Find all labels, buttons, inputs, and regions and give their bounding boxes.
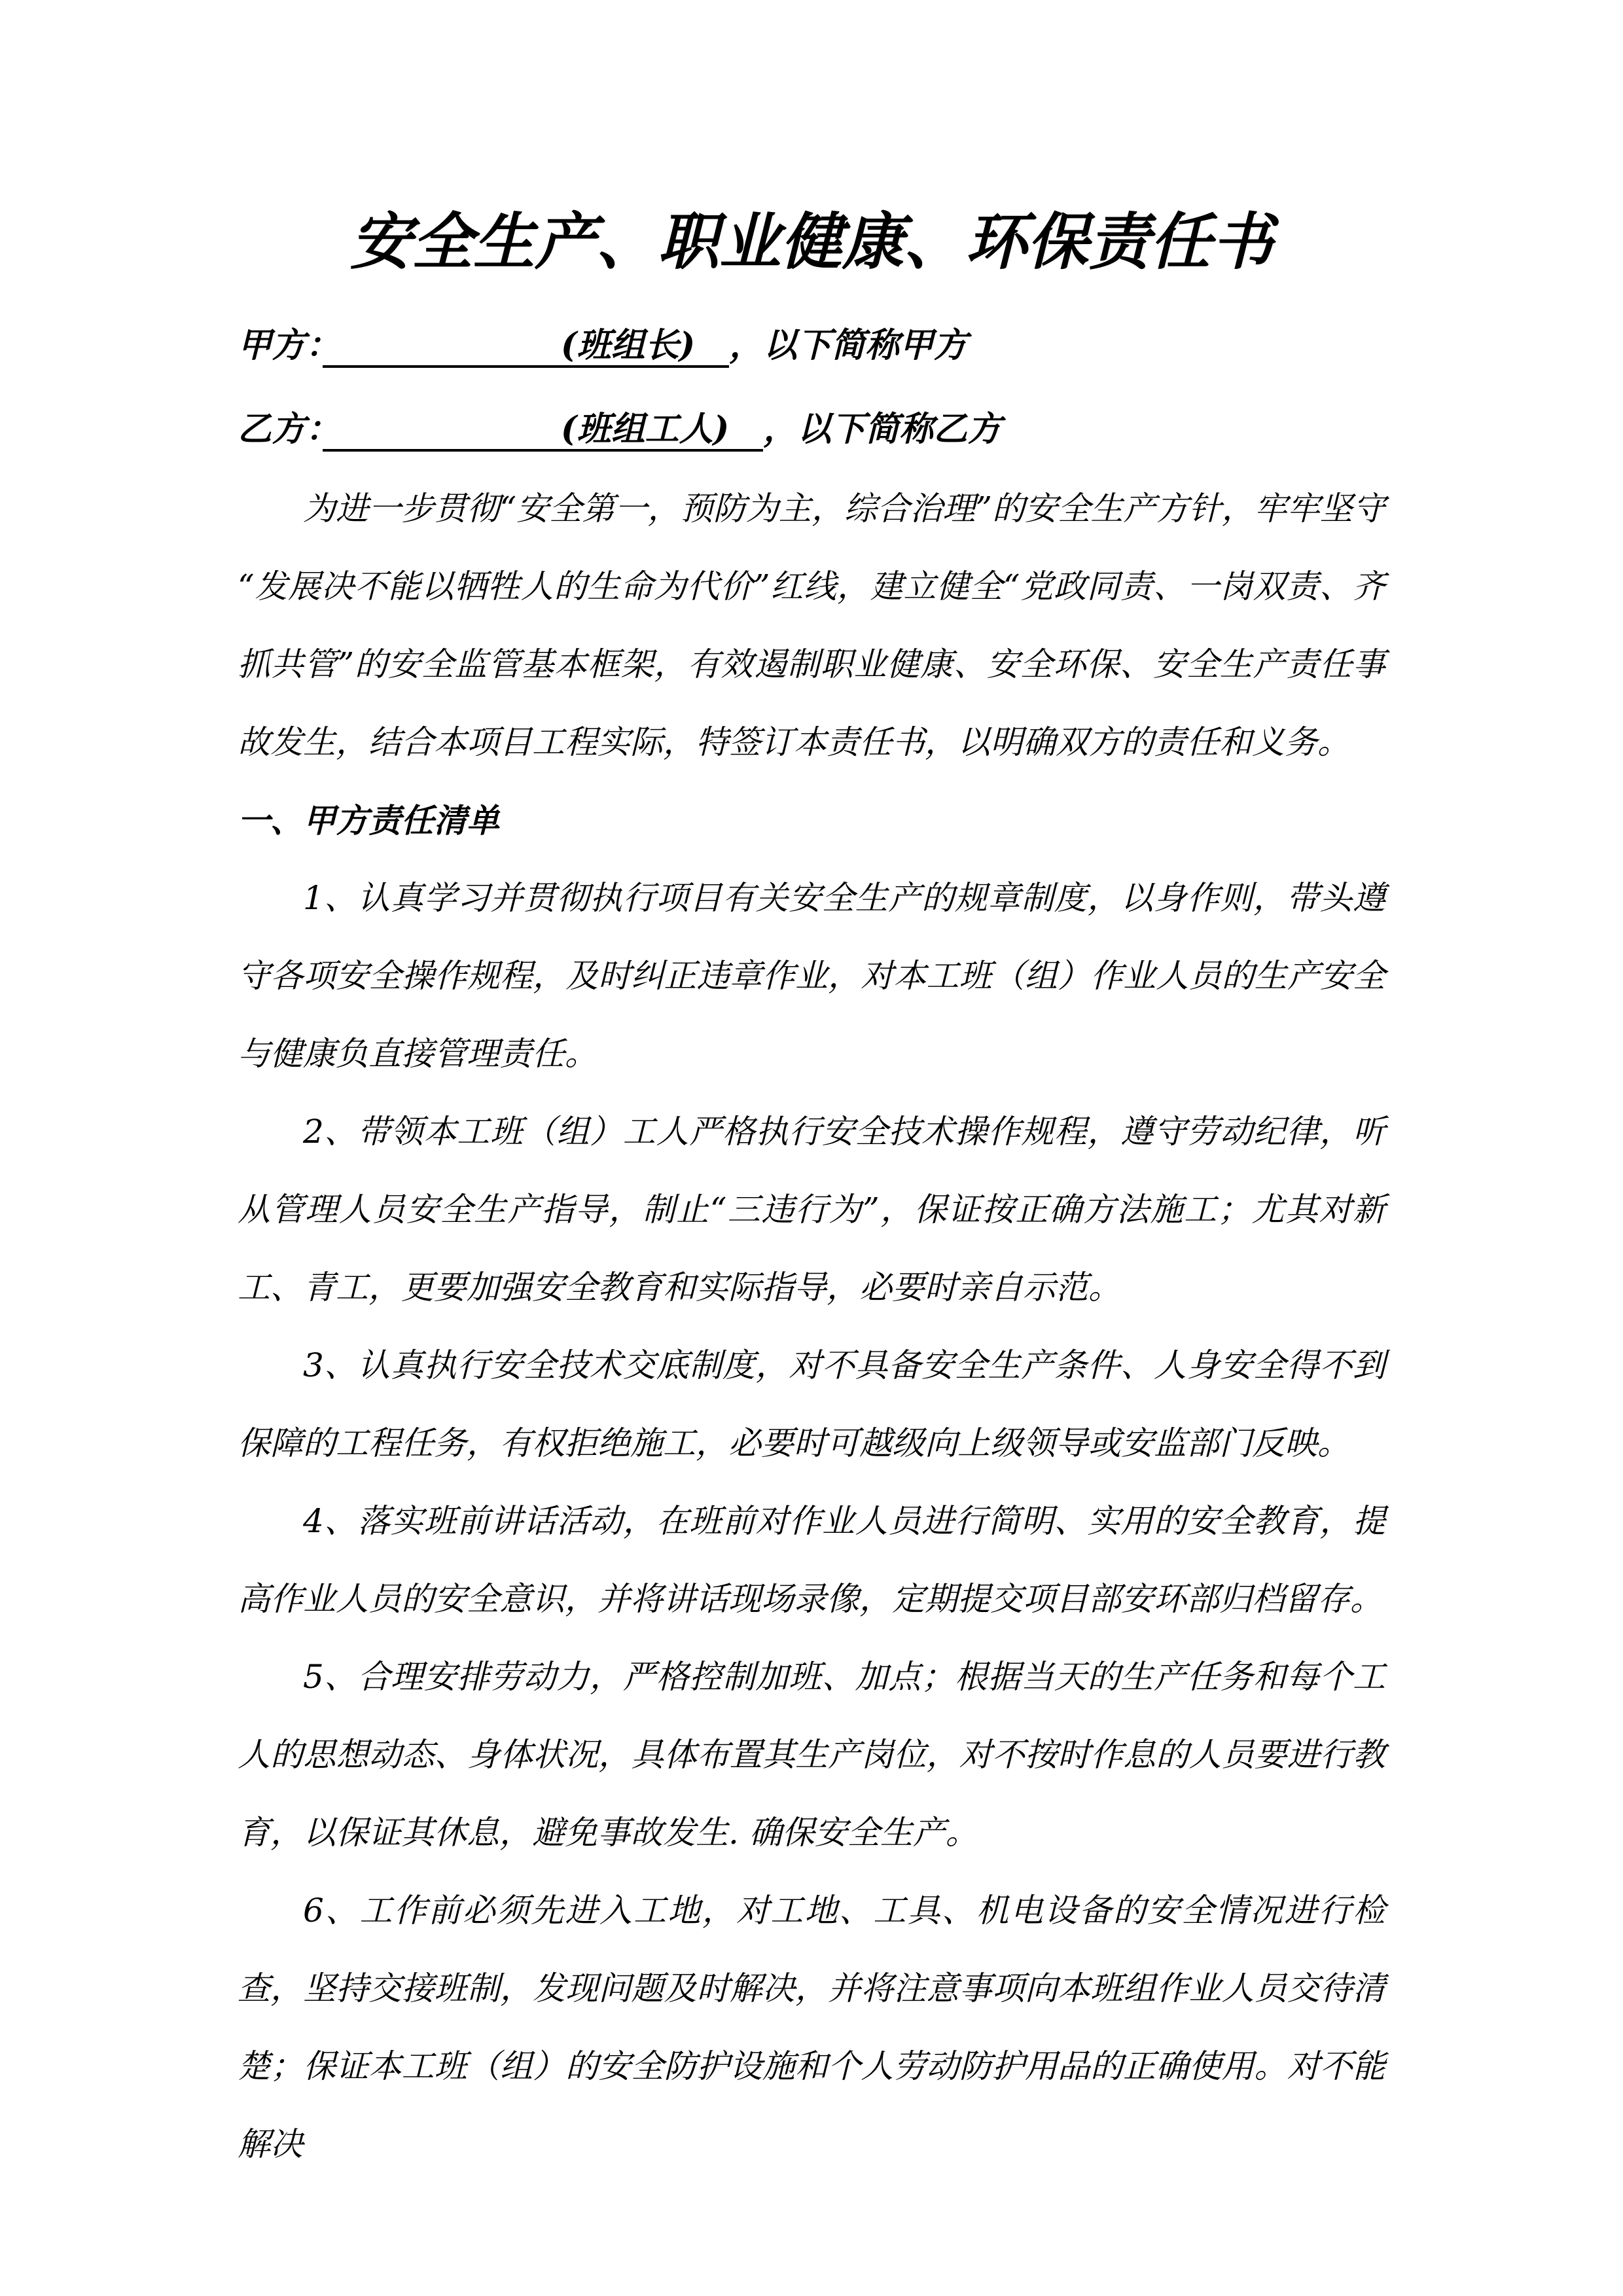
party-b-blank-field: (班组工人) [323,409,763,452]
responsibility-item-1: 1、认真学习并贯彻执行项目有关安全生产的规章制度，以身作则，带头遵守各项安全操作… [238,859,1385,1093]
party-b-suffix: ，以下简称乙方 [763,409,1001,449]
document-title: 安全生产、职业健康、环保责任书 [238,196,1385,288]
party-a-blank-space-right [695,325,729,365]
party-a-role-hint: (班组长) [561,325,695,365]
party-b-blank-space-left [323,409,561,449]
party-b-line: 乙方： (班组工人) ，以下简称乙方 [238,403,1385,456]
responsibility-item-6: 6、工作前必须先进入工地，对工地、工具、机电设备的安全情况进行检查，坚持交接班制… [238,1872,1385,2183]
document-body: 为进一步贯彻“安全第一，预防为主，综合治理”的安全生产方针，牢牢坚守“发展决不能… [238,470,1385,2183]
responsibility-item-4: 4、落实班前讲话活动，在班前对作业人员进行简明、实用的安全教育，提高作业人员的安… [238,1482,1385,1638]
responsibility-item-3: 3、认真执行安全技术交底制度，对不具备安全生产条件、人身安全得不到保障的工程任务… [238,1327,1385,1482]
party-a-blank-space-left [323,325,561,365]
document-page: 安全生产、职业健康、环保责任书 甲方： (班组长) ，以下简称甲方 乙方： (班… [0,0,1623,2296]
responsibility-item-2: 2、带领本工班（组）工人严格执行安全技术操作规程，遵守劳动纪律，听从管理人员安全… [238,1093,1385,1327]
party-b-role-hint: (班组工人) [561,409,729,449]
party-a-line: 甲方： (班组长) ，以下简称甲方 [238,319,1385,372]
party-a-label: 甲方： [238,325,323,365]
intro-paragraph: 为进一步贯彻“安全第一，预防为主，综合治理”的安全生产方针，牢牢坚守“发展决不能… [238,470,1385,781]
section-heading-party-a-responsibilities: 一、甲方责任清单 [238,781,1385,859]
responsibility-item-5: 5、合理安排劳动力，严格控制加班、加点；根据当天的生产任务和每个工人的思想动态、… [238,1638,1385,1872]
party-a-suffix: ，以下简称甲方 [729,325,967,365]
party-a-blank-field: (班组长) [323,325,729,368]
party-b-blank-space-right [729,409,763,449]
party-b-label: 乙方： [238,409,323,449]
